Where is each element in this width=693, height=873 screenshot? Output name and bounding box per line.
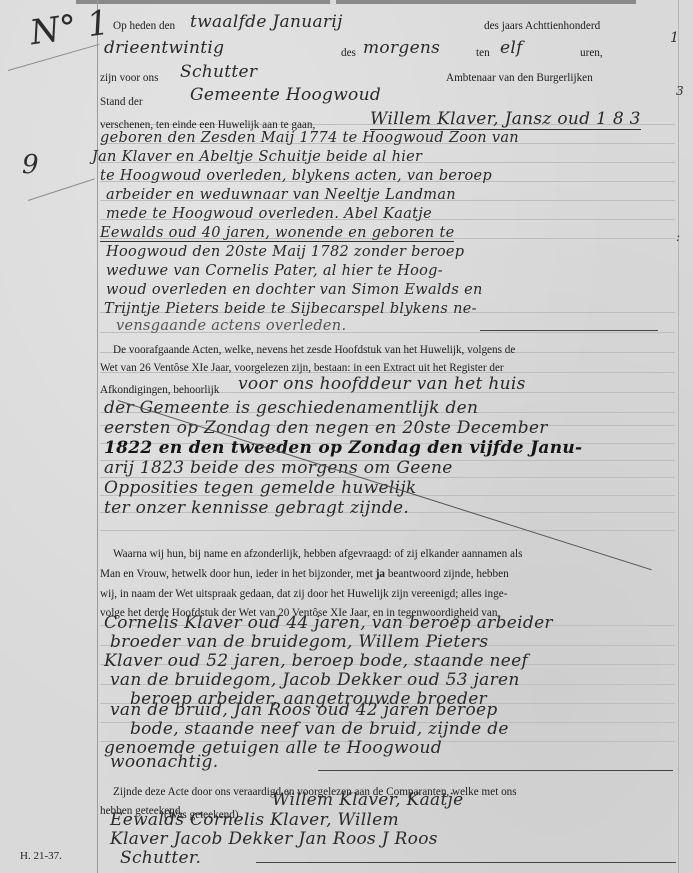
printed-zijn-voor-ons: zijn voor ons — [100, 71, 158, 85]
hand-parties-line: geboren den Zesden Maij 1774 te Hoogwoud… — [100, 130, 519, 146]
end-of-entry-line — [318, 770, 673, 771]
signature-line: Willem Klaver, Kaatje — [272, 790, 464, 810]
hand-time-of-day: morgens — [363, 38, 440, 58]
signature-line: Klaver Jacob Dekker Jan Roos J Roos — [110, 829, 438, 849]
right-margin-mark: : — [676, 230, 680, 244]
printed-consent-line: wij, in naam der Wet uitspraak gedaan, d… — [100, 587, 507, 601]
hand-acts-line: eersten op Zondag den negen en 20ste Dec… — [104, 418, 548, 438]
right-margin-rule — [678, 0, 679, 873]
hand-parties-line: weduwe van Cornelis Pater, al hier te Ho… — [106, 263, 443, 279]
margin-number-note: 9 — [22, 150, 39, 180]
hand-date: twaalfde Januarij — [190, 12, 343, 32]
printed-op-heden: Op heden den — [113, 19, 175, 33]
end-of-entry-line — [480, 330, 658, 331]
signature-line: Schutter. — [120, 848, 201, 868]
hand-acts-line: ter onzer kennisse gebragt zijnde. — [104, 498, 409, 518]
ruled-line — [100, 530, 675, 531]
hand-witness-line: broeder van de bruidegom, Willem Pieters — [110, 632, 488, 652]
hand-hour: elf — [500, 38, 523, 58]
printed-ten: ten — [476, 46, 490, 60]
hand-groom-name: Willem Klaver, Jansz oud 1 8 3 — [370, 109, 641, 130]
left-margin-rule — [97, 0, 98, 873]
printed-consent-line: Waarna wij hun, bij name en afzonderlijk… — [113, 547, 522, 561]
consent-text-a: Man en Vrouw, hetwelk door hun, ieder in… — [100, 568, 373, 580]
printed-acts-line: Wet van 26 Ventôse XIe Jaar, voorgelezen… — [100, 361, 504, 375]
right-margin-mark: 3 — [676, 84, 684, 98]
signature-line: Eewalds Cornelis Klaver, Willem — [110, 810, 399, 830]
hand-municipality: Gemeente Hoogwoud — [190, 85, 381, 105]
hand-parties-line: te Hoogwoud overleden, blykens acten, va… — [100, 168, 492, 184]
top-rule-gap — [330, 0, 336, 5]
hand-acts-line: voor ons hoofddeur van het huis — [238, 374, 526, 394]
printed-des-jaars: des jaars Achttienhonderd — [484, 19, 600, 33]
right-margin-mark: 1 — [670, 30, 679, 46]
document-page: N° 1 9 1 3 : Op heden den twaalfde Janua… — [0, 0, 693, 873]
hand-parties-line: woud overleden en dochter van Simon Ewal… — [106, 282, 483, 298]
hand-witness-line: Cornelis Klaver oud 44 jaren, van beroep… — [104, 613, 553, 633]
hand-acts-line: 1822 en den tweeden op Zondag den vijfde… — [104, 438, 582, 458]
printed-afkondigingen: Afkondigingen, behoorlijk — [100, 383, 219, 397]
record-number: N° 1 — [28, 3, 112, 54]
printed-stand-der: Stand der — [100, 95, 143, 109]
hand-witness-line: Klaver oud 52 jaren, beroep bode, staand… — [104, 651, 528, 671]
end-of-entry-line — [256, 862, 676, 863]
hand-parties-line: Trijntje Pieters beide te Sijbecarspel b… — [104, 301, 477, 317]
hand-parties-line: Jan Klaver en Abeltje Schuitje beide al … — [92, 149, 422, 165]
hand-acts-line: arij 1823 beide des morgens om Geene — [104, 458, 453, 478]
consent-text-b: beantwoord zijnde, hebben — [388, 568, 509, 580]
printed-des: des — [341, 46, 356, 60]
hand-parties-line: arbeider en weduwnaar van Neeltje Landma… — [106, 187, 456, 203]
printed-consent-line: Man en Vrouw, hetwelk door hun, ieder in… — [100, 567, 509, 581]
printed-uren: uren, — [580, 46, 603, 60]
hand-parties-line: mede te Hoogwoud overleden. Abel Kaatje — [106, 206, 432, 222]
hand-parties-line: vensgaande actens overleden. — [116, 318, 346, 334]
printed-ambtenaar: Ambtenaar van den Burgerlijken — [446, 71, 593, 85]
hand-parties-line: Eewalds oud 40 jaren, wonende en geboren… — [100, 225, 454, 242]
hand-witness-line: van de bruidegom, Jacob Dekker oud 53 ja… — [110, 670, 520, 690]
hand-parties-line: Hoogwoud den 20ste Maij 1782 zonder bero… — [106, 244, 464, 260]
hand-year: drieentwintig — [104, 38, 224, 58]
top-border-rule — [76, 0, 636, 4]
hand-witness-line: van de bruid, Jan Roos oud 42 jaren bero… — [110, 700, 498, 720]
hand-witness-line: woonachtig. — [110, 752, 218, 772]
hand-witness-line: bode, staande neef van de bruid, zijnde … — [130, 719, 509, 739]
consent-ja: ja — [376, 568, 385, 580]
printed-acts-line: De voorafgaande Acten, welke, nevens het… — [113, 343, 515, 357]
form-code: H. 21-37. — [20, 850, 62, 862]
hand-official-name: Schutter — [180, 62, 257, 82]
margin-flourish — [28, 178, 95, 201]
